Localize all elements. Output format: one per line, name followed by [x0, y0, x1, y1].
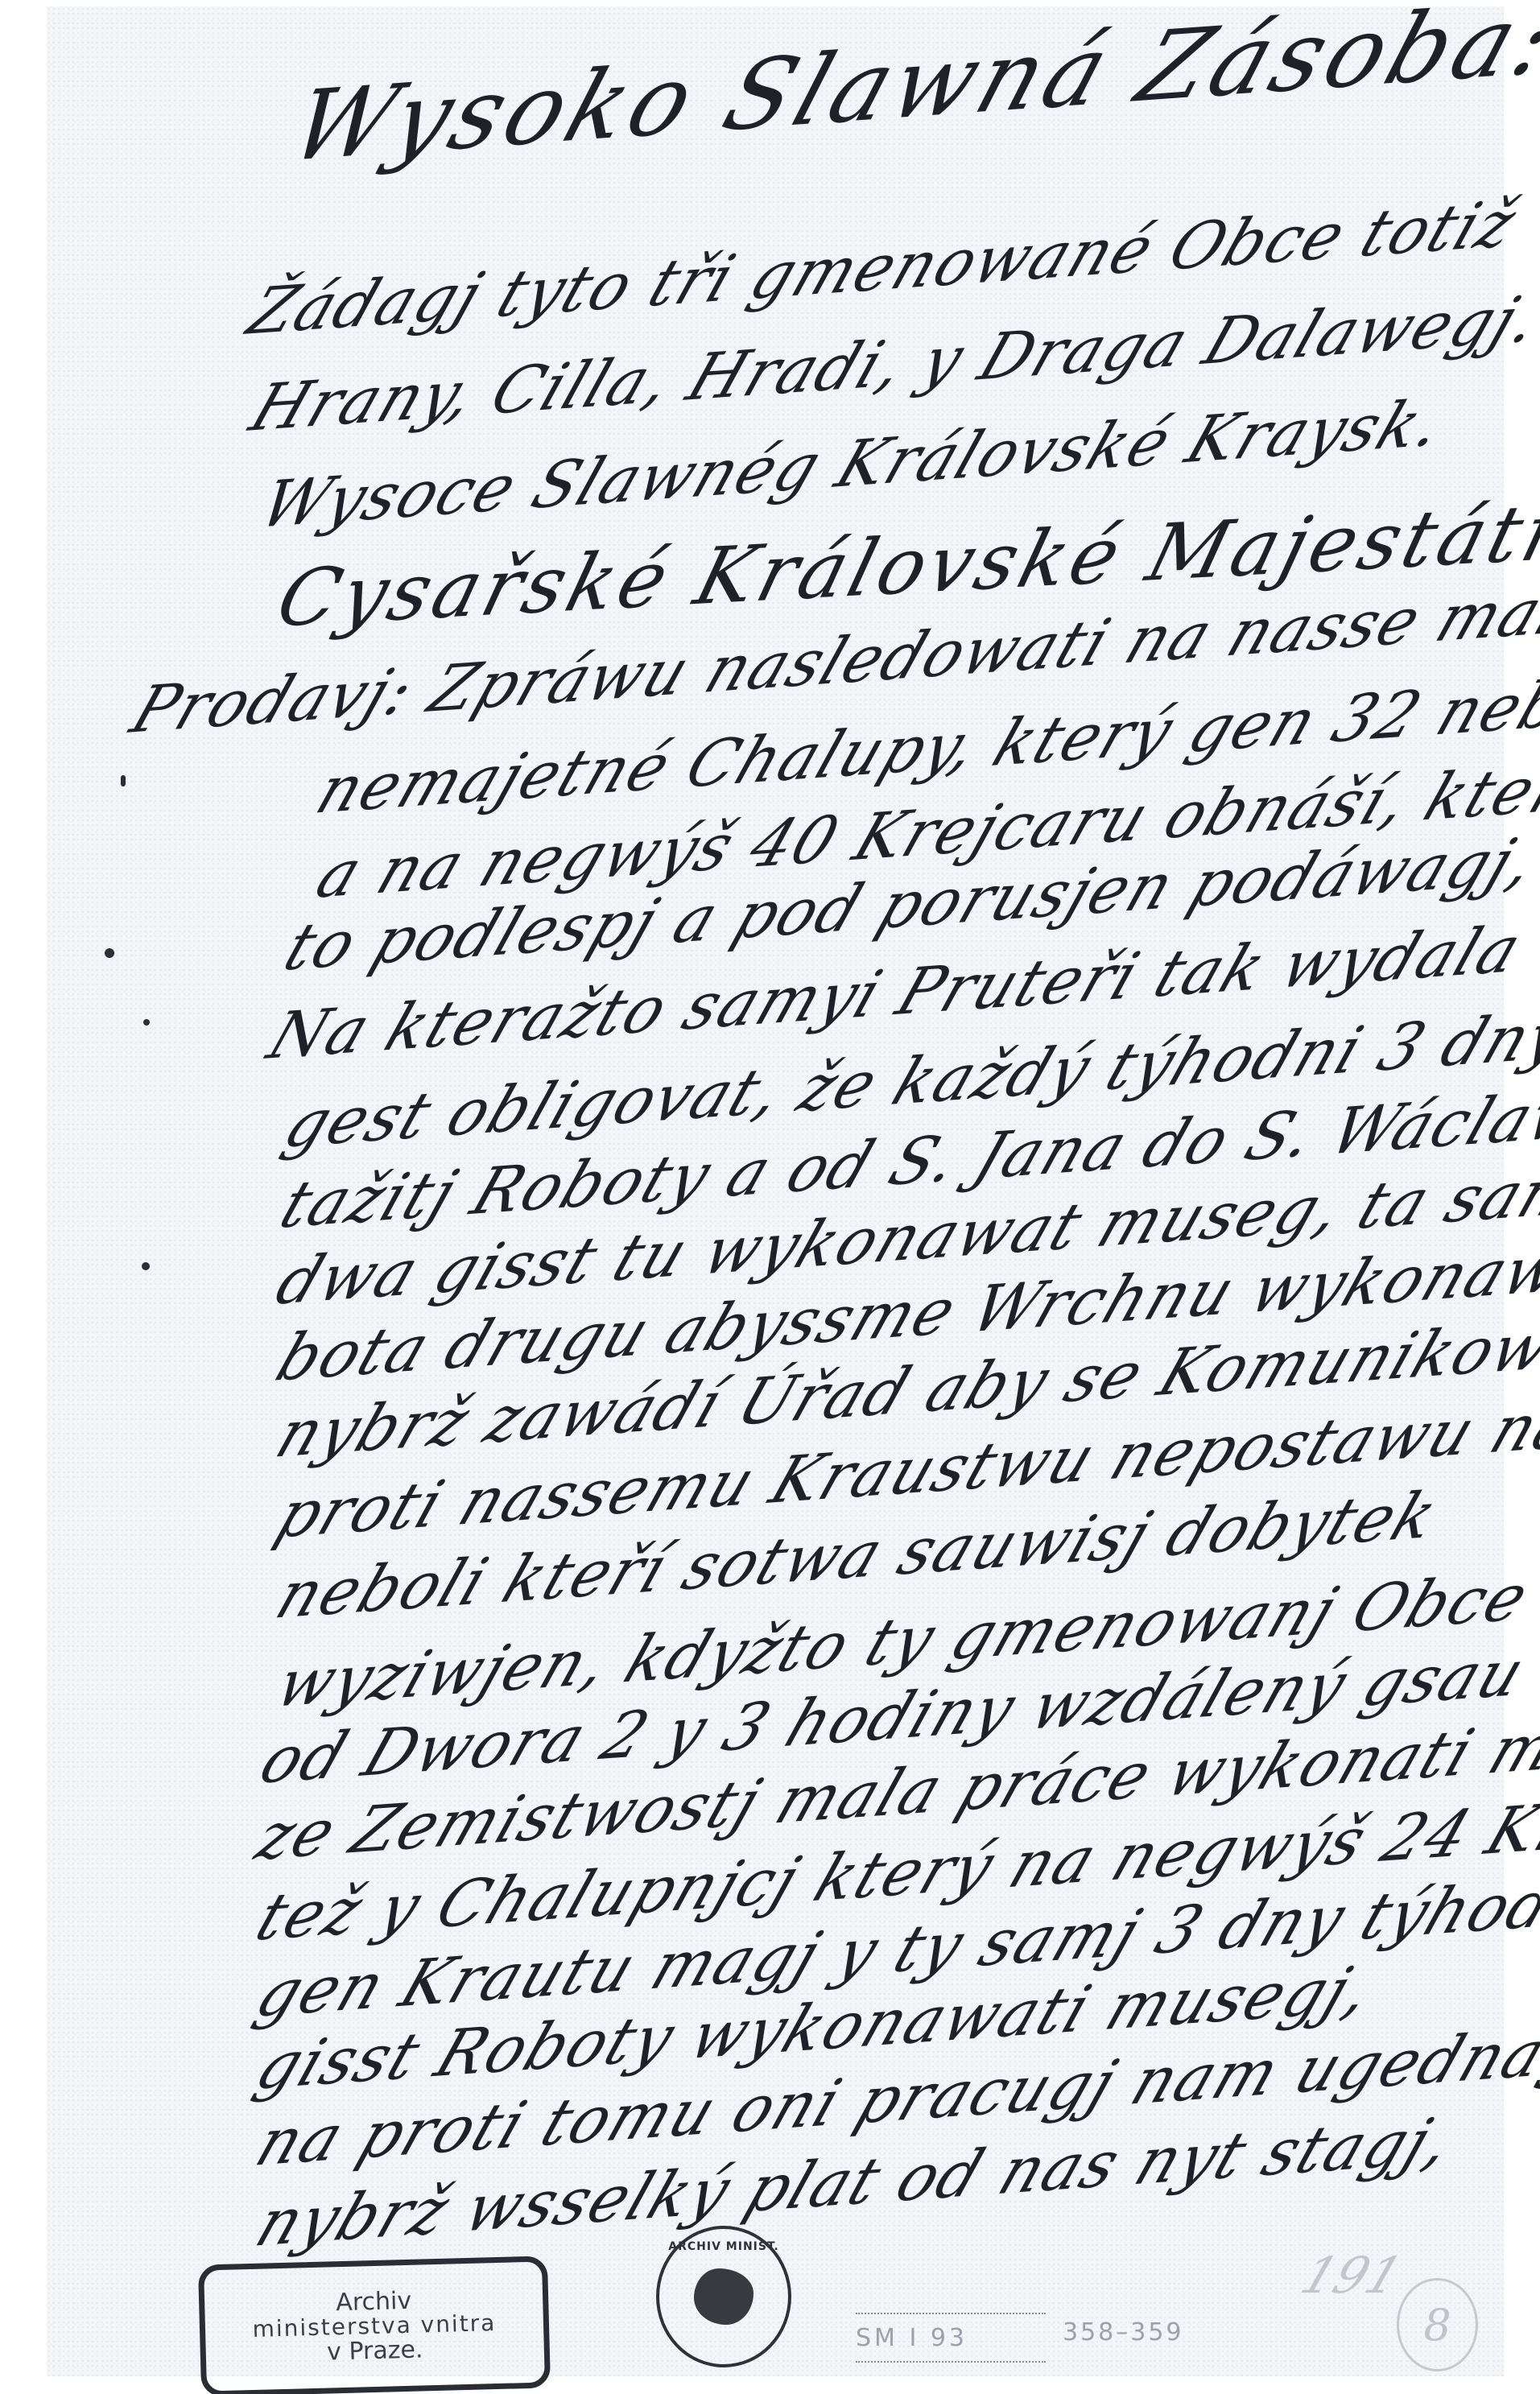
- ink-spot: [105, 948, 114, 958]
- circled-page-number: 8: [1397, 2278, 1478, 2371]
- manuscript-page: Wysoko Slawná Zásoba: Žádagj tyto tři gm…: [47, 6, 1504, 2376]
- circled-number-text: 8: [1423, 2300, 1451, 2351]
- document-heading: Wysoko Slawná Zásoba:: [278, 0, 1540, 184]
- stamp-line-city: v Praze.: [327, 2337, 423, 2365]
- ink-spot: [143, 1019, 150, 1026]
- round-seal: ARCHIV MINIST.: [656, 2226, 791, 2367]
- archive-stamp: Archiv ministerstva vnitra v Praze.: [198, 2256, 551, 2394]
- eagle-emblem-icon: [694, 2268, 753, 2325]
- ink-spot: [121, 775, 126, 786]
- folio-range: 358–359: [1063, 2318, 1184, 2347]
- signature-text: SM I 93: [856, 2324, 968, 2352]
- ink-spot: [142, 1262, 150, 1270]
- seal-text: ARCHIV MINIST.: [659, 2240, 788, 2253]
- archive-signature: SM I 93: [856, 2313, 1046, 2363]
